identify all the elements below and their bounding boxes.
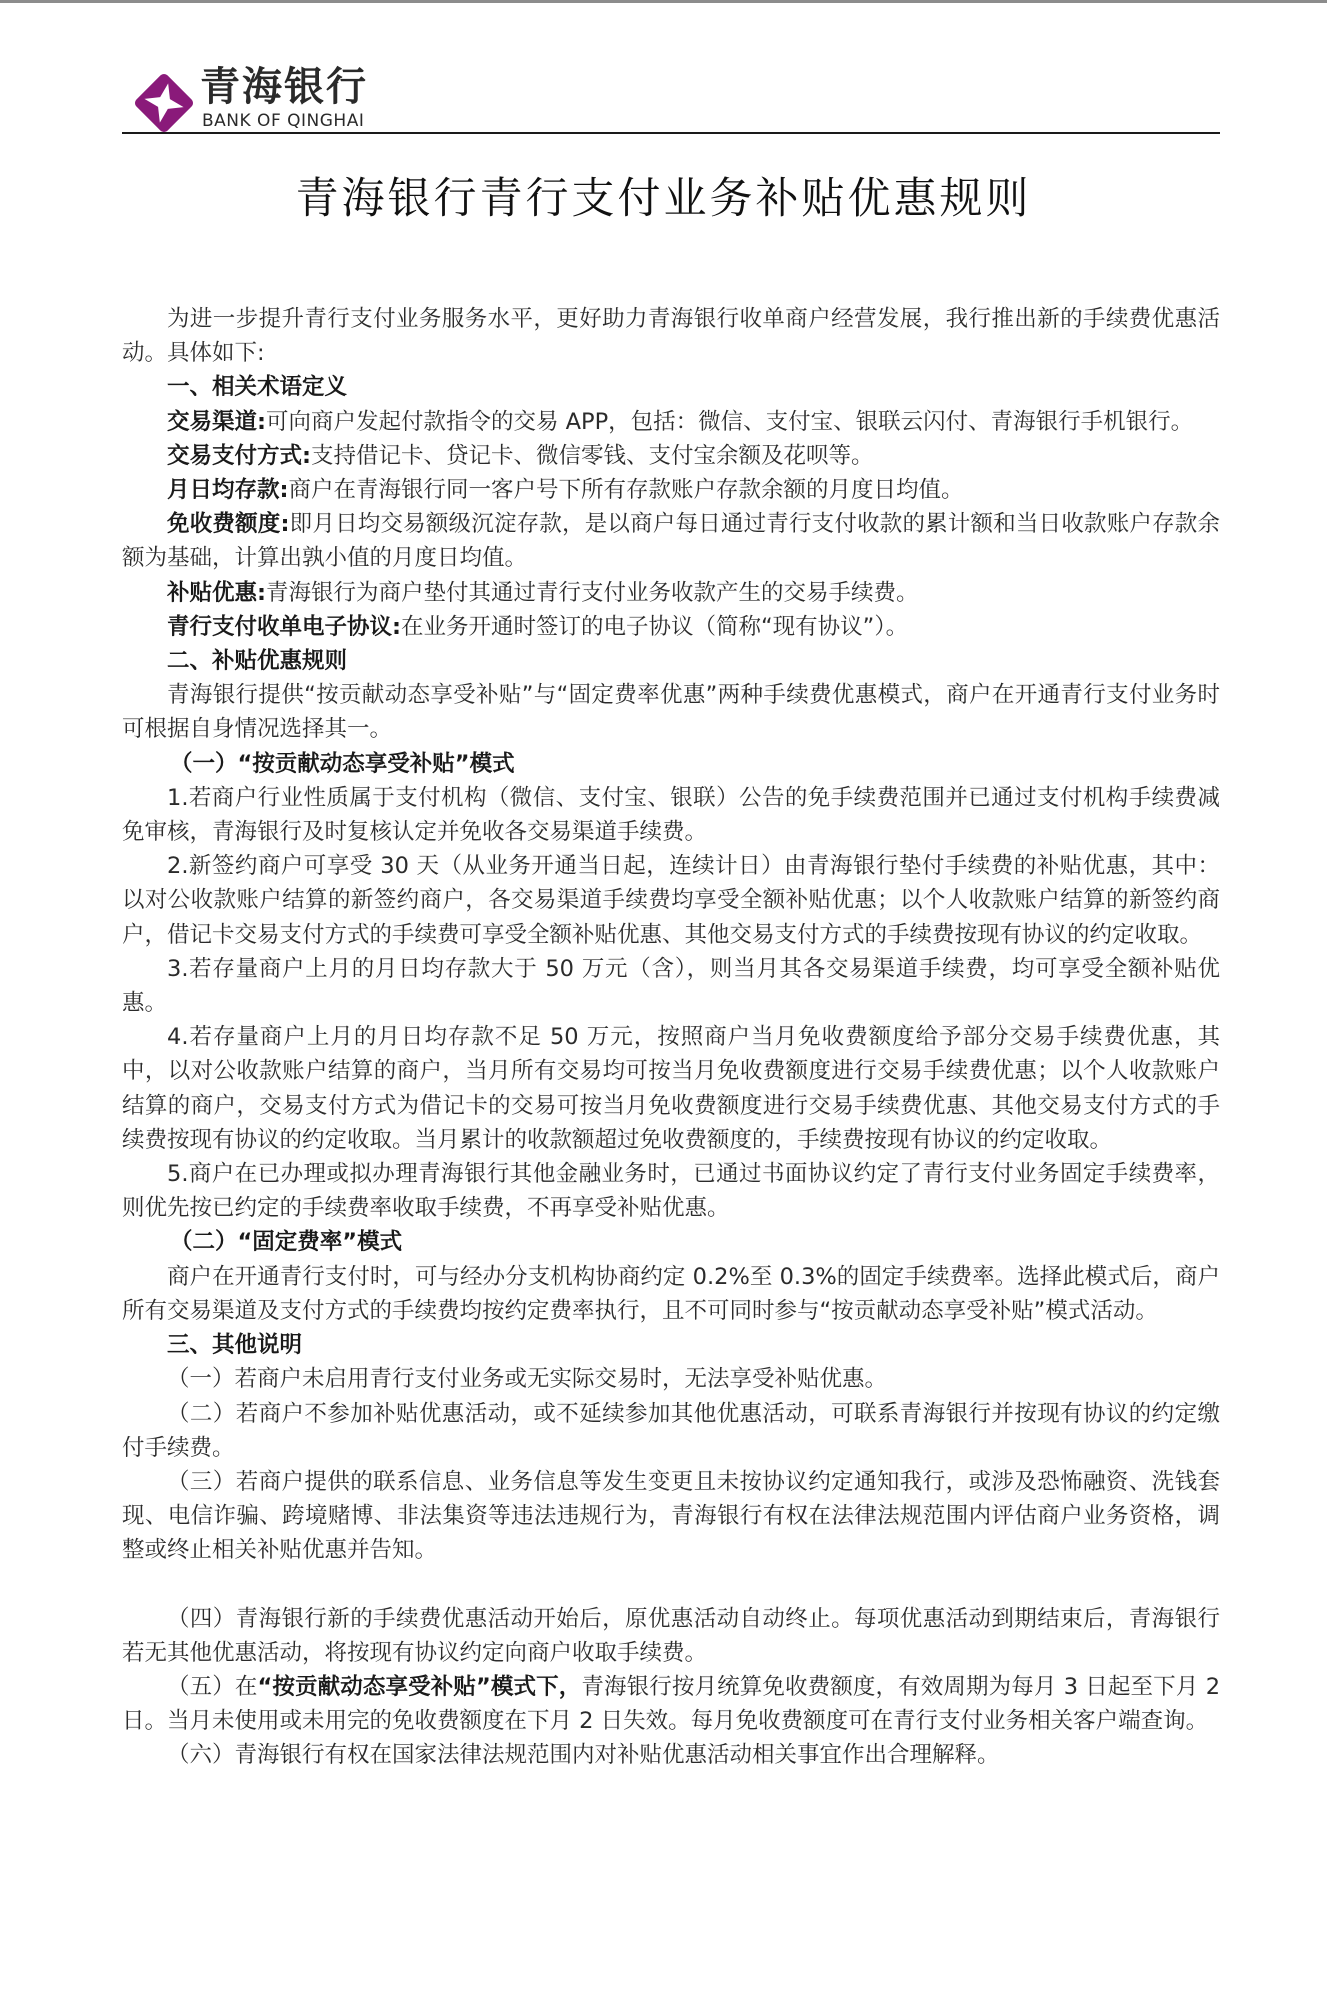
term-label: 补贴优惠: (167, 580, 266, 606)
document-body: 为进一步提升青行支付业务服务水平，更好助力青海银行收单商户经营发展，我行推出新的… (122, 302, 1220, 1773)
term-text: 在业务开通时签订的电子协议（简称“现有协议”）。 (401, 614, 908, 640)
note-emphasis: “按贡献动态享受补贴”模式下， (258, 1674, 582, 1700)
term-label: 交易渠道: (167, 409, 266, 435)
rule-item: 5.商户在已办理或拟办理青海银行其他金融业务时，已通过书面协议约定了青行支付业务… (122, 1157, 1220, 1225)
note-item: （五）在“按贡献动态享受补贴”模式下，青海银行按月统算免收费额度，有效周期为每月… (122, 1670, 1220, 1738)
subsection-heading-mode1: （一）“按贡献动态享受补贴”模式 (122, 747, 1220, 781)
bank-name-en: BANK OF QINGHAI (202, 111, 364, 131)
section-heading-3: 三、其他说明 (122, 1328, 1220, 1362)
term-definition: 免收费额度:即月日均交易额级沉淀存款，是以商户每日通过青行支付收款的累计额和当日… (122, 507, 1220, 575)
term-definition: 青行支付收单电子协议:在业务开通时签订的电子协议（简称“现有协议”）。 (122, 610, 1220, 644)
term-definition: 补贴优惠:青海银行为商户垫付其通过青行支付业务收款产生的交易手续费。 (122, 576, 1220, 610)
note-item: （三）若商户提供的联系信息、业务信息等发生变更且未按协议约定通知我行，或涉及恐怖… (122, 1465, 1220, 1568)
subsection-heading-mode2: （二）“固定费率”模式 (122, 1225, 1220, 1259)
term-label: 交易支付方式: (167, 443, 311, 469)
note-prefix: （五）在 (167, 1674, 258, 1700)
term-label: 月日均存款: (167, 477, 289, 503)
term-label: 青行支付收单电子协议: (167, 614, 401, 640)
mode2-text: 商户在开通青行支付时，可与经办分支机构协商约定 0.2%至 0.3%的固定手续费… (122, 1260, 1220, 1328)
section-heading-1: 一、相关术语定义 (122, 370, 1220, 404)
note-item: （二）若商户不参加补贴优惠活动，或不延续参加其他优惠活动，可联系青海银行并按现有… (122, 1397, 1220, 1465)
term-text: 可向商户发起付款指令的交易 APP，包括：微信、支付宝、银联云闪付、青海银行手机… (266, 409, 1193, 435)
term-text: 支持借记卡、贷记卡、微信零钱、支付宝余额及花呗等。 (311, 443, 874, 469)
rule-item: 1.若商户行业性质属于支付机构（微信、支付宝、银联）公告的免手续费范围并已通过支… (122, 781, 1220, 849)
note-item: （四）青海银行新的手续费优惠活动开始后，原优惠活动自动终止。每项优惠活动到期结束… (122, 1602, 1220, 1670)
bank-header: 青海银行 BANK OF QINGHAI (122, 61, 1222, 135)
document-title: 青海银行青行支付业务补贴优惠规则 (0, 171, 1327, 227)
term-label: 免收费额度: (167, 511, 289, 537)
note-item: （六）青海银行有权在国家法律法规范围内对补贴优惠活动相关事宜作出合理解释。 (122, 1738, 1220, 1772)
note-item: （一）若商户未启用青行支付业务或无实际交易时，无法享受补贴优惠。 (122, 1362, 1220, 1396)
intro-paragraph: 为进一步提升青行支付业务服务水平，更好助力青海银行收单商户经营发展，我行推出新的… (122, 302, 1220, 370)
rule-item: 4.若存量商户上月的月日均存款不足 50 万元，按照商户当月免收费额度给予部分交… (122, 1020, 1220, 1157)
term-definition: 月日均存款:商户在青海银行同一客户号下所有存款账户存款余额的月度日均值。 (122, 473, 1220, 507)
term-text: 青海银行为商户垫付其通过青行支付业务收款产生的交易手续费。 (266, 580, 919, 606)
bank-name-cn: 青海银行 (200, 63, 368, 111)
term-definition: 交易支付方式:支持借记卡、贷记卡、微信零钱、支付宝余额及花呗等。 (122, 439, 1220, 473)
blank-line (122, 1568, 1220, 1602)
header-divider (122, 132, 1220, 134)
section-heading-2: 二、补贴优惠规则 (122, 644, 1220, 678)
term-definition: 交易渠道:可向商户发起付款指令的交易 APP，包括：微信、支付宝、银联云闪付、青… (122, 405, 1220, 439)
section2-intro: 青海银行提供“按贡献动态享受补贴”与“固定费率优惠”两种手续费优惠模式，商户在开… (122, 678, 1220, 746)
rule-item: 3.若存量商户上月的月日均存款大于 50 万元（含），则当月其各交易渠道手续费，… (122, 952, 1220, 1020)
diamond-star-icon (130, 69, 198, 137)
term-text: 商户在青海银行同一客户号下所有存款账户存款余额的月度日均值。 (289, 477, 964, 503)
rule-item: 2.新签约商户可享受 30 天（从业务开通当日起，连续计日）由青海银行垫付手续费… (122, 849, 1220, 952)
